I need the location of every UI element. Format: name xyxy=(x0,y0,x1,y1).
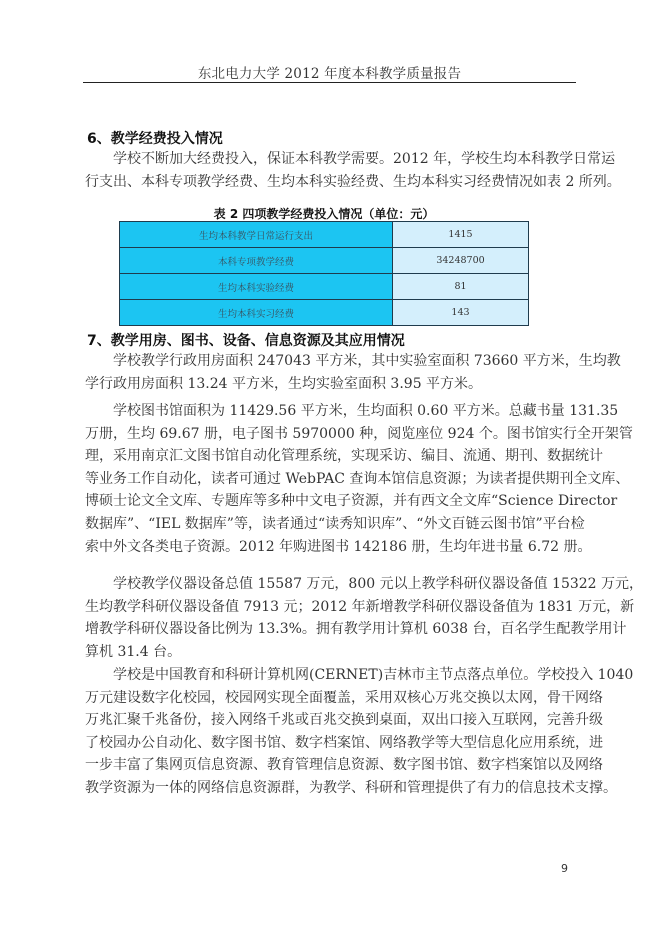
table-cell-value: 143 xyxy=(393,300,529,326)
header-rule xyxy=(83,82,576,83)
table-cell-value: 81 xyxy=(393,274,529,300)
section-6-heading: 6、教学经费投入情况 xyxy=(87,128,223,148)
section-7-heading: 7、教学用房、图书、设备、信息资源及其应用情况 xyxy=(87,330,405,350)
text-line: 算机 31.4 台。 xyxy=(85,641,577,664)
table-row: 生均本科实验经费 81 xyxy=(120,274,529,300)
fees-table: 生均本科教学日常运行支出 1415 本科专项教学经费 34248700 生均本科… xyxy=(119,221,529,326)
table-row: 生均本科教学日常运行支出 1415 xyxy=(120,222,529,248)
text-line: 学校图书馆面积为 11429.56 平方米，生均面积 0.60 平方米。总藏书量… xyxy=(85,400,577,423)
table-cell-value: 1415 xyxy=(393,222,529,248)
text-line: 理，采用南京汇文图书馆自动化管理系统，实现采访、编目、流通、期刊、数据统计 xyxy=(85,445,577,468)
text-line: 索中外文各类电子资源。2012 年购进图书 142186 册，生均年进书量 6.… xyxy=(85,536,577,559)
table-cell-label: 生均本科实验经费 xyxy=(120,274,393,300)
text-line: 学校是中国教育和科研计算机网(CERNET)吉林市主节点落点单位。学校投入 10… xyxy=(85,664,577,687)
text-line: 万册，生均 69.67 册，电子图书 5970000 种，阅览座位 924 个。… xyxy=(85,423,577,446)
paragraph-network: 学校是中国教育和科研计算机网(CERNET)吉林市主节点落点单位。学校投入 10… xyxy=(85,664,577,800)
paragraph-library: 学校图书馆面积为 11429.56 平方米，生均面积 0.60 平方米。总藏书量… xyxy=(85,400,577,558)
section-6-paragraph: 学校不断加大经费投入，保证本科教学需要。2012 年，学校生均本科教学日常运 行… xyxy=(85,148,577,193)
text-line: 万元建设数字化校园，校园网实现全面覆盖，采用双核心万兆交换以太网，骨干网络 xyxy=(85,687,577,710)
text-line: 了校园办公自动化、数字图书馆、数字档案馆、网络教学等大型信息化应用系统，进 xyxy=(85,732,577,755)
text-line: 学校教学行政用房面积 247043 平方米，其中实验室面积 73660 平方米，… xyxy=(85,350,577,373)
text-line: 学校教学仪器设备总值 15587 万元，800 元以上教学科研仪器设备值 153… xyxy=(85,573,577,596)
paragraph-equipment: 学校教学仪器设备总值 15587 万元，800 元以上教学科研仪器设备值 153… xyxy=(85,573,577,663)
text-line: 等业务工作自动化，读者可通过 WebPAC 查询本馆信息资源；为读者提供期刊全文… xyxy=(85,468,577,491)
text-line: 万兆汇聚千兆备份，接入网络千兆或百兆交换到桌面，双出口接入互联网，完善升级 xyxy=(85,709,577,732)
text-line: 行支出、本科专项教学经费、生均本科实验经费、生均本科实习经费情况如表 2 所列。 xyxy=(85,171,577,194)
table-row: 生均本科实习经费 143 xyxy=(120,300,529,326)
paragraph-teaching-rooms: 学校教学行政用房面积 247043 平方米，其中实验室面积 73660 平方米，… xyxy=(85,350,577,395)
text-line: 增教学科研仪器设备比例为 13.3%。拥有教学用计算机 6038 台，百名学生配… xyxy=(85,618,577,641)
table-cell-label: 生均本科实习经费 xyxy=(120,300,393,326)
text-line: 博硕士论文全文库、专题库等多种中文电子资源，并有西文全文库“Science Di… xyxy=(85,490,577,513)
text-line: 一步丰富了集网页信息资源、教育管理信息资源、数字图书馆、数字档案馆以及网络 xyxy=(85,754,577,777)
text-line: 学校不断加大经费投入，保证本科教学需要。2012 年，学校生均本科教学日常运 xyxy=(85,148,577,171)
table-cell-value: 34248700 xyxy=(393,248,529,274)
text-line: 生均教学科研仪器设备值 7913 元；2012 年新增教学科研仪器设备值为 18… xyxy=(85,596,577,619)
table-cell-label: 生均本科教学日常运行支出 xyxy=(120,222,393,248)
table-cell-label: 本科专项教学经费 xyxy=(120,248,393,274)
text-line: 教学资源为一体的网络信息资源群，为教学、科研和管理提供了有力的信息技术支撑。 xyxy=(85,777,577,800)
page-header: 东北电力大学 2012 年度本科教学质量报告 xyxy=(83,62,576,82)
page-number: 9 xyxy=(561,862,568,875)
table-caption: 表 2 四项教学经费投入情况（单位：元） xyxy=(119,205,529,222)
table-row: 本科专项教学经费 34248700 xyxy=(120,248,529,274)
text-line: 数据库”、“IEL 数据库”等，读者通过“读秀知识库”、“外文百链云图书馆”平台… xyxy=(85,513,577,536)
text-line: 学行政用房面积 13.24 平方米，生均实验室面积 3.95 平方米。 xyxy=(85,373,577,396)
